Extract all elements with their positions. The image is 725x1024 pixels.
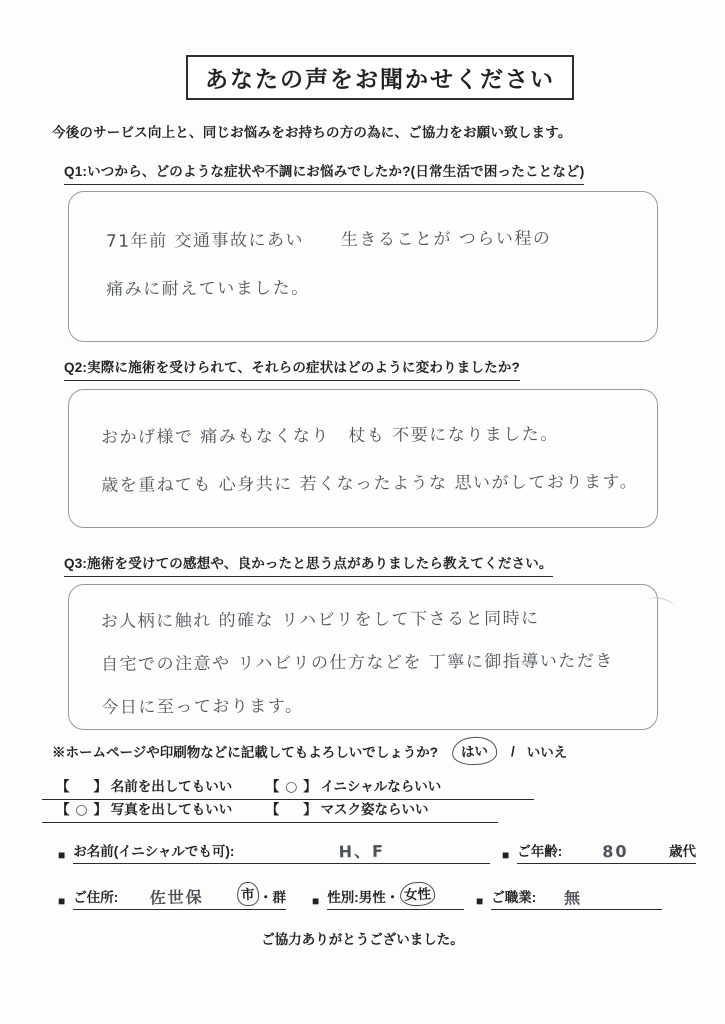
form-title-box: あなたの声をお聞かせください bbox=[186, 55, 574, 100]
handwritten-occupation: 無 bbox=[536, 889, 662, 907]
consent-no-option: いいえ bbox=[527, 741, 568, 761]
gender-separator: ・ bbox=[386, 886, 400, 906]
gender-field-label: 性別: bbox=[327, 886, 359, 906]
occupation-field: ■ ご職業: 無 bbox=[476, 886, 662, 910]
question-1-handwritten-answer: 71年前 交通事故にあい 生きることが つらい程の 痛みに耐えていました。 bbox=[69, 190, 658, 314]
bracket-open: 【 bbox=[266, 802, 280, 817]
bracket-close: 】 bbox=[303, 779, 317, 794]
gender-female-circle-mark: 女性 bbox=[400, 881, 436, 907]
publish-consent-row: ※ホームページや印刷物などに記載してもよろしいでしょうか? はい / いいえ bbox=[52, 737, 567, 765]
bracket-open: 【 bbox=[56, 779, 70, 794]
field-bullet-icon: ■ bbox=[58, 849, 65, 864]
form-title: あなたの声をお聞かせください bbox=[205, 61, 555, 94]
permission-label-mask: マスク姿ならいい bbox=[321, 802, 429, 817]
address-field: ■ ご住所: 佐世保 市 ・群 bbox=[58, 886, 286, 910]
gender-field: ■ 性別: 男性 ・ 女性 bbox=[312, 886, 464, 910]
gender-option-male: 男性 bbox=[359, 886, 386, 906]
address-option-city: 市 bbox=[240, 887, 254, 903]
occupation-field-underline: ご職業: 無 bbox=[491, 886, 662, 910]
handwritten-line: 自宅での注意や リハビリの仕方などを 丁寧に御指導いただき bbox=[101, 640, 643, 687]
question-1-label: Q1:いつから、どのような症状や不調にお悩みでしたか?(日常生活で困ったことなど… bbox=[64, 160, 584, 185]
publish-consent-question: ※ホームページや印刷物などに記載してもよろしいでしょうか? bbox=[52, 741, 438, 761]
handwritten-line: 今日に至っております。 bbox=[101, 683, 643, 730]
name-field-underline: お名前(イニシャルでも可): H、F bbox=[73, 840, 490, 864]
question-1-answer-box: 71年前 交通事故にあい 生きることが つらい程の 痛みに耐えていました。 bbox=[68, 191, 658, 342]
age-suffix-label: 歳代 bbox=[669, 840, 696, 860]
field-bullet-icon: ■ bbox=[476, 895, 483, 910]
handwritten-address: 佐世保 bbox=[118, 889, 236, 907]
field-bullet-icon: ■ bbox=[58, 895, 65, 910]
field-bullet-icon: ■ bbox=[312, 895, 319, 910]
address-option-rest: ・群 bbox=[259, 886, 286, 906]
bracket-open: 【 bbox=[56, 802, 70, 817]
intro-text: 今後のサービス向上と、同じお悩みをお持ちの方の為に、ご協力をお願い致します。 bbox=[52, 121, 572, 141]
name-field: ■ お名前(イニシャルでも可): H、F bbox=[58, 840, 490, 864]
permission-row-1: 【】 名前を出してもいい 【○】 イニシャルならいい bbox=[42, 775, 534, 800]
gender-option-female: 女性 bbox=[404, 886, 432, 902]
thanks-text: ご協力ありがとうございました。 bbox=[0, 928, 725, 948]
gender-field-underline: 性別: 男性 ・ 女性 bbox=[327, 882, 464, 910]
bracket-open: 【 bbox=[266, 779, 280, 794]
consent-separator: / bbox=[511, 744, 515, 759]
questionnaire-scan-page: あなたの声をお聞かせください 今後のサービス向上と、同じお悩みをお持ちの方の為に… bbox=[0, 0, 725, 1024]
question-3-handwritten-answer: お人柄に触れ 的確な リハビリをして下さると同時に 自宅での注意や リハビリの仕… bbox=[69, 583, 658, 730]
age-field-label: ご年齢: bbox=[517, 840, 562, 860]
permission-label-initial: イニシャルならいい bbox=[321, 779, 442, 794]
address-field-label: ご住所: bbox=[73, 886, 118, 906]
handwritten-line: 痛みに耐えていました。 bbox=[106, 262, 637, 314]
question-2-answer-box: おかげ様で 痛みもなくなり 杖も 不要になりました。 歳を重ねても 心身共に 若… bbox=[68, 389, 658, 528]
address-city-circle-mark: 市 bbox=[236, 881, 259, 906]
consent-yes-circle-mark: はい bbox=[451, 736, 497, 766]
question-3-label: Q3:施術を受けての感想や、良かったと思う点がありましたら教えてください。 bbox=[64, 552, 553, 577]
question-3-answer-box: お人柄に触れ 的確な リハビリをして下さると同時に 自宅での注意や リハビリの仕… bbox=[68, 584, 658, 730]
handwritten-line: 歳を重ねても 心身共に 若くなったような 思いがしております。 bbox=[101, 458, 643, 510]
handwritten-line: おかげ様で 痛みもなくなり 杖も 不要になりました。 bbox=[101, 410, 643, 462]
question-2-label: Q2:実際に施術を受けられて、それらの症状はどのように変わりましたか? bbox=[64, 356, 520, 381]
field-bullet-icon: ■ bbox=[502, 849, 509, 864]
age-field-underline: ご年齢: 80 歳代 bbox=[517, 840, 696, 864]
bracket-close: 】 bbox=[303, 802, 317, 817]
handwritten-age: 80 bbox=[562, 843, 669, 861]
address-field-underline: ご住所: 佐世保 市 ・群 bbox=[73, 882, 286, 910]
permission-label-name: 名前を出してもいい bbox=[111, 779, 233, 794]
handwritten-name: H、F bbox=[234, 842, 490, 862]
age-field: ■ ご年齢: 80 歳代 bbox=[502, 840, 696, 864]
question-2-handwritten-answer: おかげ様で 痛みもなくなり 杖も 不要になりました。 歳を重ねても 心身共に 若… bbox=[69, 388, 658, 510]
permission-mark-photo: ○ bbox=[70, 802, 94, 818]
permission-mark-initial: ○ bbox=[279, 779, 303, 795]
handwritten-line: お人柄に触れ 的確な リハビリをして下さると同時に bbox=[101, 597, 643, 644]
permission-label-photo: 写真を出してもいい bbox=[111, 802, 233, 817]
handwritten-line: 71年前 交通事故にあい 生きることが つらい程の bbox=[106, 214, 637, 266]
bracket-close: 】 bbox=[94, 802, 108, 817]
permission-row-2: 【○】 写真を出してもいい 【】 マスク姿ならいい bbox=[42, 798, 498, 823]
bracket-close: 】 bbox=[94, 779, 108, 794]
name-field-label: お名前(イニシャルでも可): bbox=[73, 840, 234, 860]
consent-yes-option: はい bbox=[461, 743, 489, 759]
occupation-field-label: ご職業: bbox=[491, 886, 536, 906]
